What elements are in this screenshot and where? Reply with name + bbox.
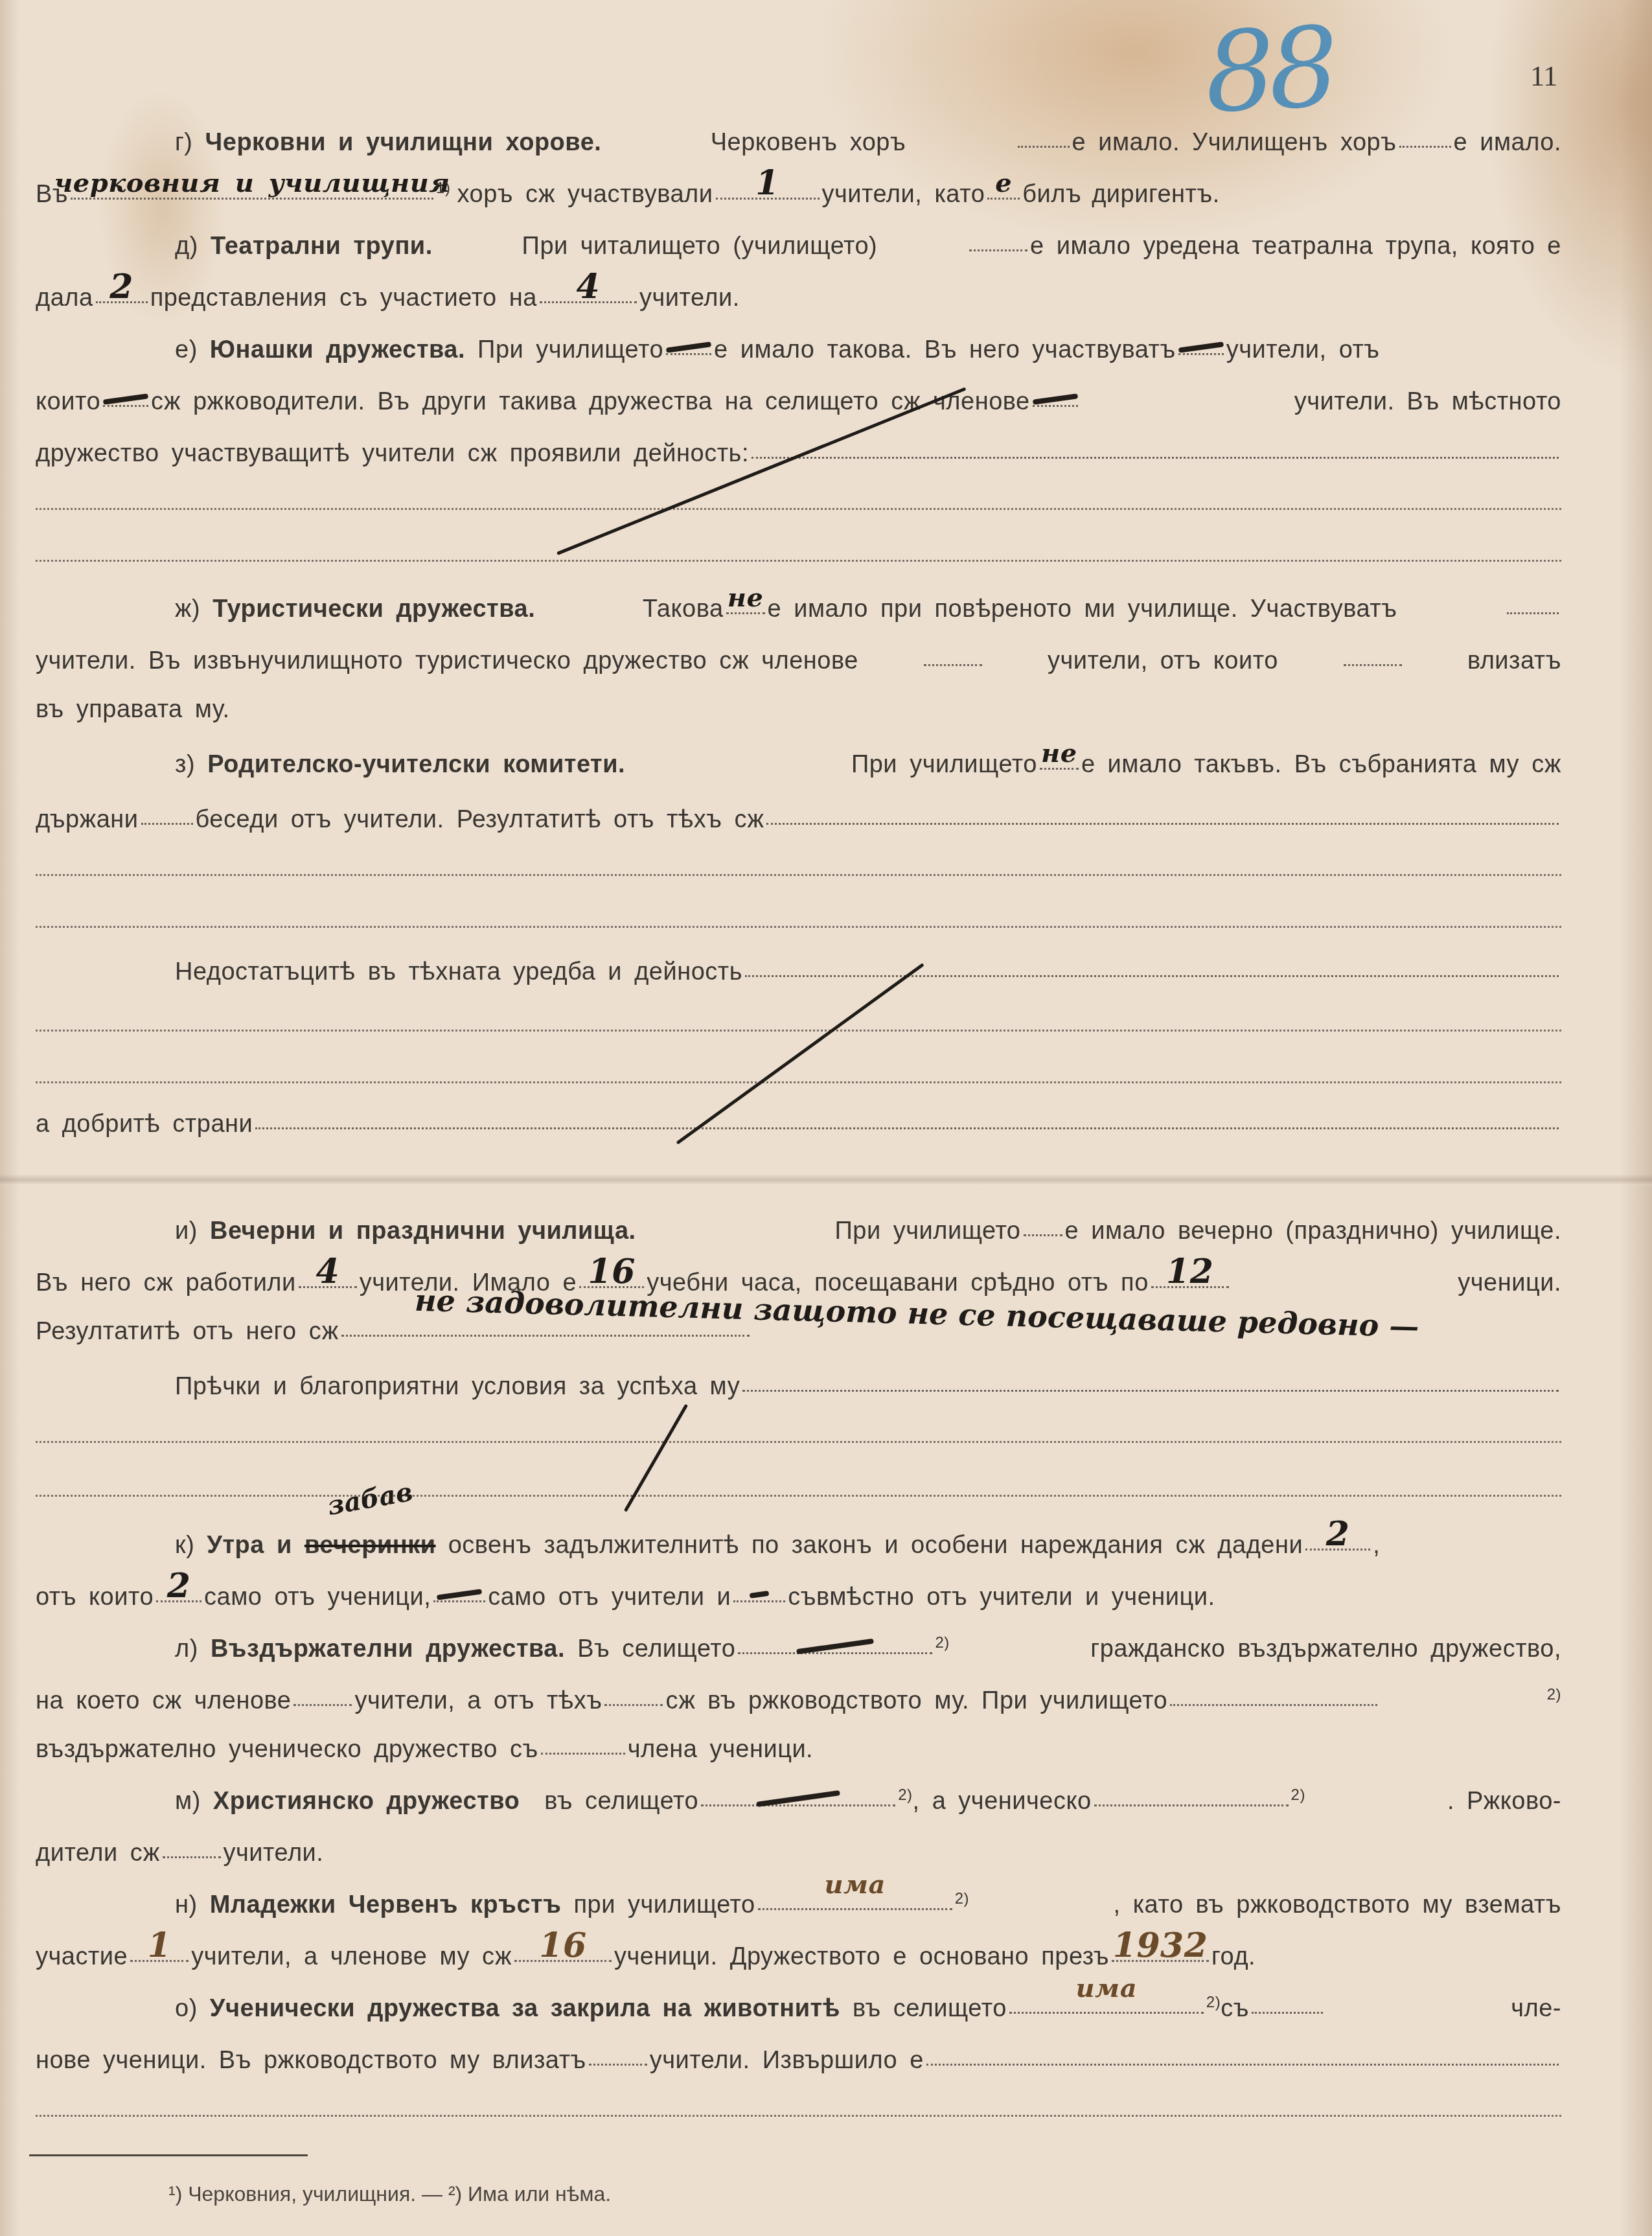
section-i-line-4: Прѣчки и благоприятни условия за успѣха … — [36, 1370, 1561, 1403]
field[interactable]: е — [985, 198, 1022, 202]
text: Прѣчки и благоприятни условия за успѣха … — [175, 1370, 740, 1403]
ruled-line[interactable] — [36, 505, 1561, 510]
text: участие — [36, 1941, 128, 1973]
footnote-ref: 1) — [436, 172, 450, 205]
paper-fold — [0, 1174, 1652, 1186]
section-d-line-2: дала 2 представления съ участието на 4 у… — [36, 282, 1561, 314]
deficiencies-field[interactable] — [745, 973, 1559, 977]
blank-field[interactable] — [589, 2061, 647, 2066]
section-z-line-2: държани беседи отъ учители. Резултатитѣ … — [36, 803, 1561, 836]
footnote-ref: 2) — [1547, 1679, 1561, 1711]
text: дружество участвуващитѣ учители сж прояв… — [36, 437, 749, 470]
text: е имало такъвъ. Въ събранията му сж — [1081, 748, 1561, 781]
ruled-line[interactable] — [36, 1492, 1561, 1497]
section-label: г) — [175, 129, 193, 156]
text: учители. Извършило е — [650, 2044, 924, 2077]
student-society-field[interactable] — [1094, 1802, 1289, 1806]
text: чле- — [1511, 1992, 1561, 2025]
joint-field[interactable] — [731, 1600, 788, 1605]
handwritten-entry: 16 — [539, 1930, 586, 1962]
blank-field[interactable] — [541, 1750, 625, 1755]
section-m-line-1: м) Християнско дружество въ селището 2),… — [36, 1785, 1561, 1821]
text: при училището — [573, 1889, 755, 1921]
text: диригентъ. — [1092, 178, 1220, 211]
ruled-line[interactable] — [36, 871, 1561, 876]
text: освенъ задължителнитѣ по законъ и особен… — [448, 1529, 1303, 1562]
section-m-title: Християнско дружество — [213, 1785, 520, 1817]
footnote-ref: 2) — [1206, 1987, 1221, 2019]
deficiencies-line: Недостатъцитѣ въ тѣхната уредба и дейнос… — [36, 956, 1561, 988]
results-field[interactable] — [341, 1332, 750, 1337]
field[interactable]: не — [724, 612, 768, 617]
handwritten-entry: е — [995, 167, 1012, 200]
activity-field[interactable] — [751, 454, 1559, 459]
text: държани — [36, 803, 139, 836]
teachers-only-field[interactable] — [431, 1600, 488, 1605]
section-label: о) — [175, 1992, 198, 2025]
footnote-ref: 2) — [1291, 1779, 1305, 1812]
text: дители сж — [36, 1837, 160, 1869]
text: а добритѣ страни — [36, 1108, 253, 1140]
text: Черковенъ хоръ — [711, 126, 906, 159]
section-label: з) — [175, 751, 195, 778]
accomplished-field[interactable] — [926, 2061, 1559, 2066]
blank-field[interactable] — [1018, 143, 1070, 148]
handwritten-entry: 2 — [1326, 1518, 1350, 1550]
ruled-line[interactable] — [36, 1438, 1561, 1443]
blank-field[interactable] — [1252, 2009, 1323, 2014]
animal-society-field[interactable]: има — [1007, 2012, 1206, 2016]
text: Въ селището — [577, 1633, 735, 1665]
text: Резултатитѣ отъ него сж — [36, 1315, 339, 1348]
blank-field[interactable] — [1344, 662, 1402, 666]
field[interactable]: не — [1037, 768, 1081, 772]
teachers-field[interactable]: 1 — [128, 1960, 191, 1965]
text: хоръ сж участвували — [457, 178, 713, 211]
text: отъ които — [36, 1581, 154, 1613]
text: , като въ ржководството му взематъ — [1114, 1889, 1561, 1921]
red-cross-field[interactable]: има — [755, 1908, 955, 1913]
section-label: л) — [175, 1633, 198, 1665]
blank-field[interactable] — [1399, 143, 1451, 148]
text: . Ржково- — [1447, 1785, 1561, 1817]
text: е имало такова. Въ него участвуватъ — [714, 334, 1176, 366]
text: учители. — [639, 282, 740, 314]
handwritten-entry: черковния и училищния — [54, 167, 450, 200]
text: въ селището — [544, 1785, 698, 1817]
section-n-line-1: н) Младежки Червенъ кръстъ при училището… — [36, 1889, 1561, 1924]
text: въ селището — [853, 1992, 1007, 2025]
text: При училището — [835, 1215, 1021, 1247]
section-m-line-2: дители сж учители. — [36, 1837, 1561, 1869]
struck-word: вечеринки — [304, 1529, 436, 1562]
section-d-title: Театрални трупи. — [211, 233, 433, 260]
text: ученици. Дружеството е основано презъ — [614, 1941, 1109, 1973]
text: които — [36, 386, 100, 418]
section-n-line-2: участие 1 учители, а членове му сж 16 уч… — [36, 1941, 1561, 1973]
blank-field[interactable] — [141, 820, 193, 825]
footnote-text: ¹) Черковния, училищния. — ²) Има или нѣ… — [168, 2182, 611, 2206]
text: само отъ учители и — [488, 1581, 731, 1613]
section-o-title: Ученически дружества за закрила на живот… — [210, 1992, 840, 2025]
section-z-title: Родителско-учителски комитети. — [207, 751, 625, 778]
section-g-title: Черковни и училищни хорове. — [205, 129, 602, 156]
field[interactable] — [1176, 353, 1226, 358]
ruled-line[interactable] — [36, 923, 1561, 928]
students-only-field[interactable]: 2 — [154, 1600, 204, 1605]
year-field[interactable]: 1932 — [1109, 1960, 1211, 1965]
handwritten-entry: не — [1041, 737, 1077, 770]
text: сж въ ржководството му. При училището — [665, 1685, 1167, 1717]
handwritten-entry: има — [1076, 1972, 1138, 2005]
section-i-line-1: и) Вечерни и празднични училища. При учи… — [36, 1215, 1561, 1247]
handwritten-entry: 4 — [577, 271, 601, 303]
section-i-title: Вечерни и празднични училища. — [210, 1217, 636, 1245]
handwritten-entry: 1 — [755, 167, 779, 200]
teachers-field[interactable]: 4 — [296, 1286, 360, 1291]
field[interactable] — [100, 405, 151, 409]
text: нове ученици. Въ ржководството му влизат… — [36, 2044, 586, 2077]
section-o-line-2: нове ученици. Въ ржководството му влизат… — [36, 2044, 1561, 2077]
section-l-line-1: л) Въздържателни дружества. Въ селището … — [36, 1633, 1561, 1668]
text: е имало при повѣреното ми училище. Участ… — [768, 593, 1397, 625]
handwritten-entry: 1932 — [1113, 1930, 1208, 1962]
section-n-title: Младежки Червенъ кръстъ — [210, 1889, 562, 1921]
text: год. — [1211, 1941, 1256, 1973]
section-z-line-1: з) Родителско-учителски комитети. При уч… — [36, 748, 1561, 781]
archive-number-annotation: 88 — [1202, 3, 1335, 138]
section-label: ж) — [175, 595, 200, 623]
text: съ — [1221, 1992, 1249, 2025]
text: При училището — [477, 334, 663, 366]
good-sides-line: а добритѣ страни — [36, 1108, 1561, 1140]
handwritten-entry: не — [728, 582, 764, 614]
text: учители, като — [822, 178, 985, 211]
section-k-line-2: отъ които 2 само отъ ученици, само отъ у… — [36, 1581, 1561, 1613]
text: При училището — [851, 748, 1037, 781]
ruled-line[interactable] — [36, 557, 1561, 562]
text: само отъ ученици, — [204, 1581, 431, 1613]
section-e-line-1: е) Юнашки дружества. При училището е има… — [36, 334, 1561, 366]
total-field[interactable]: 2 — [1303, 1549, 1373, 1553]
page-number: 11 — [1530, 60, 1557, 93]
text: учители. — [224, 1837, 324, 1869]
text: , а ученическо — [913, 1785, 1092, 1817]
field[interactable] — [1030, 405, 1081, 409]
students-field[interactable]: 12 — [1149, 1286, 1232, 1291]
civil-society-field[interactable] — [735, 1652, 935, 1657]
footnote-ref: 2) — [955, 1883, 969, 1915]
good-sides-field[interactable] — [255, 1125, 1559, 1129]
footnote-divider — [29, 2154, 308, 2156]
section-g-line-1: г) Черковни и училищни хорове. Черковенъ… — [36, 126, 1561, 159]
section-k-line-1: к) Утра и вечеринки освенъ задължителнит… — [36, 1529, 1561, 1562]
section-l-line-3: въздържателно ученическо дружество съ чл… — [36, 1733, 1561, 1766]
section-label: к) — [175, 1529, 194, 1562]
blank-field[interactable] — [969, 247, 1027, 251]
text: учители. Въ извънучилищното туристическо… — [36, 645, 858, 677]
field[interactable] — [663, 353, 714, 358]
section-label: и) — [175, 1217, 198, 1245]
text: Такова — [643, 593, 724, 625]
choir-type-field[interactable]: черковния и училищния — [68, 198, 436, 202]
text: учители, а членове му сж — [191, 1941, 512, 1973]
text: беседи отъ учители. Резултатитѣ отъ тѣхъ… — [196, 803, 764, 836]
ruled-line[interactable] — [36, 2112, 1561, 2117]
section-l-line-2: на което сж членове учители, а отъ тѣхъ … — [36, 1685, 1561, 1720]
section-l-title: Въздържателни дружества. — [211, 1633, 565, 1665]
text: е имало уредена театрална трупа, която е — [1030, 230, 1561, 262]
text: е имало. Училищенъ хоръ — [1072, 126, 1397, 159]
handwritten-entry: 1 — [148, 1930, 172, 1962]
section-label: м) — [175, 1785, 201, 1817]
handwritten-entry: 2 — [167, 1570, 191, 1602]
handwritten-entry: 2 — [109, 271, 133, 303]
blank-field[interactable] — [1024, 1232, 1062, 1236]
text: въ управата му. — [36, 693, 230, 726]
section-o-line-1: о) Ученически дружества за закрила на жи… — [36, 1992, 1561, 2028]
section-zh-line-2: учители. Въ извънучилищното туристическо… — [36, 645, 1561, 677]
footnote-ref: 2) — [935, 1627, 949, 1659]
teachers-field[interactable]: 4 — [537, 301, 639, 306]
text: учители, а отъ тѣхъ — [354, 1685, 602, 1717]
blank-field[interactable] — [604, 1701, 663, 1706]
footnote-ref: 2) — [898, 1779, 912, 1812]
text: на което сж членове — [36, 1685, 291, 1717]
handwritten-entry: 16 — [588, 1256, 635, 1288]
section-d-line-1: д) Театрални трупи. При читалището (учил… — [36, 230, 1561, 262]
members-field[interactable]: 16 — [512, 1960, 614, 1965]
ruled-line[interactable] — [36, 1079, 1561, 1083]
section-zh-line-1: ж) Туристически дружества. Такова не е и… — [36, 593, 1561, 625]
handwritten-entry: 4 — [315, 1256, 339, 1288]
text: Въ него сж работили — [36, 1267, 296, 1299]
results-field[interactable] — [766, 820, 1559, 825]
text: учители. Въ мѣстното — [1294, 386, 1561, 418]
blank-field[interactable] — [1507, 610, 1559, 614]
handwritten-entry: 12 — [1166, 1256, 1213, 1288]
text: сж ржководители. Въ други такива дружест… — [151, 386, 1030, 418]
text: ученици. — [1458, 1267, 1561, 1299]
handwritten-entry: има — [824, 1869, 886, 1901]
text: дала — [36, 282, 93, 314]
text: Недостатъцитѣ въ тѣхната уредба и дейнос… — [175, 956, 742, 988]
blank-field[interactable] — [163, 1854, 221, 1858]
section-label: н) — [175, 1889, 198, 1921]
text: гражданско въздържателно дружество, — [1090, 1633, 1561, 1665]
teachers-count-field[interactable]: 1 — [713, 198, 822, 202]
text: влизатъ — [1467, 645, 1561, 677]
section-label: д) — [175, 233, 198, 260]
performances-field[interactable]: 2 — [93, 301, 150, 306]
text: учители, отъ които — [1048, 645, 1278, 677]
section-zh-line-3: въ управата му. — [36, 693, 1561, 726]
section-e-title: Юнашки дружества. — [210, 334, 465, 366]
text: При читалището (училището) — [522, 230, 878, 262]
ruled-line[interactable] — [36, 1027, 1561, 1032]
section-g-line-2: Въ черковния и училищния 1) хоръ сж учас… — [36, 178, 1561, 214]
blank-field[interactable] — [1170, 1701, 1377, 1706]
text: съвмѣстно отъ учители и ученици. — [788, 1581, 1215, 1613]
settlement-society-field[interactable] — [698, 1804, 898, 1809]
section-label: е) — [175, 334, 198, 366]
text: въздържателно ученическо дружество съ — [36, 1733, 538, 1766]
text: е имало. — [1454, 126, 1561, 159]
text: е имало вечерно (празднично) училище. — [1065, 1215, 1561, 1247]
obstacles-field[interactable] — [742, 1387, 1559, 1392]
text: представления съ участието на — [150, 282, 537, 314]
blank-field[interactable] — [924, 662, 982, 666]
section-k-title: Утра и — [207, 1529, 292, 1562]
section-e-line-2: които сж ржководители. Въ други такива д… — [36, 386, 1561, 418]
text: члена ученици. — [628, 1733, 813, 1766]
section-zh-title: Туристически дружества. — [212, 595, 535, 623]
text: учители, отъ — [1226, 334, 1380, 366]
blank-field[interactable] — [293, 1701, 352, 1706]
text: билъ — [1022, 178, 1081, 211]
